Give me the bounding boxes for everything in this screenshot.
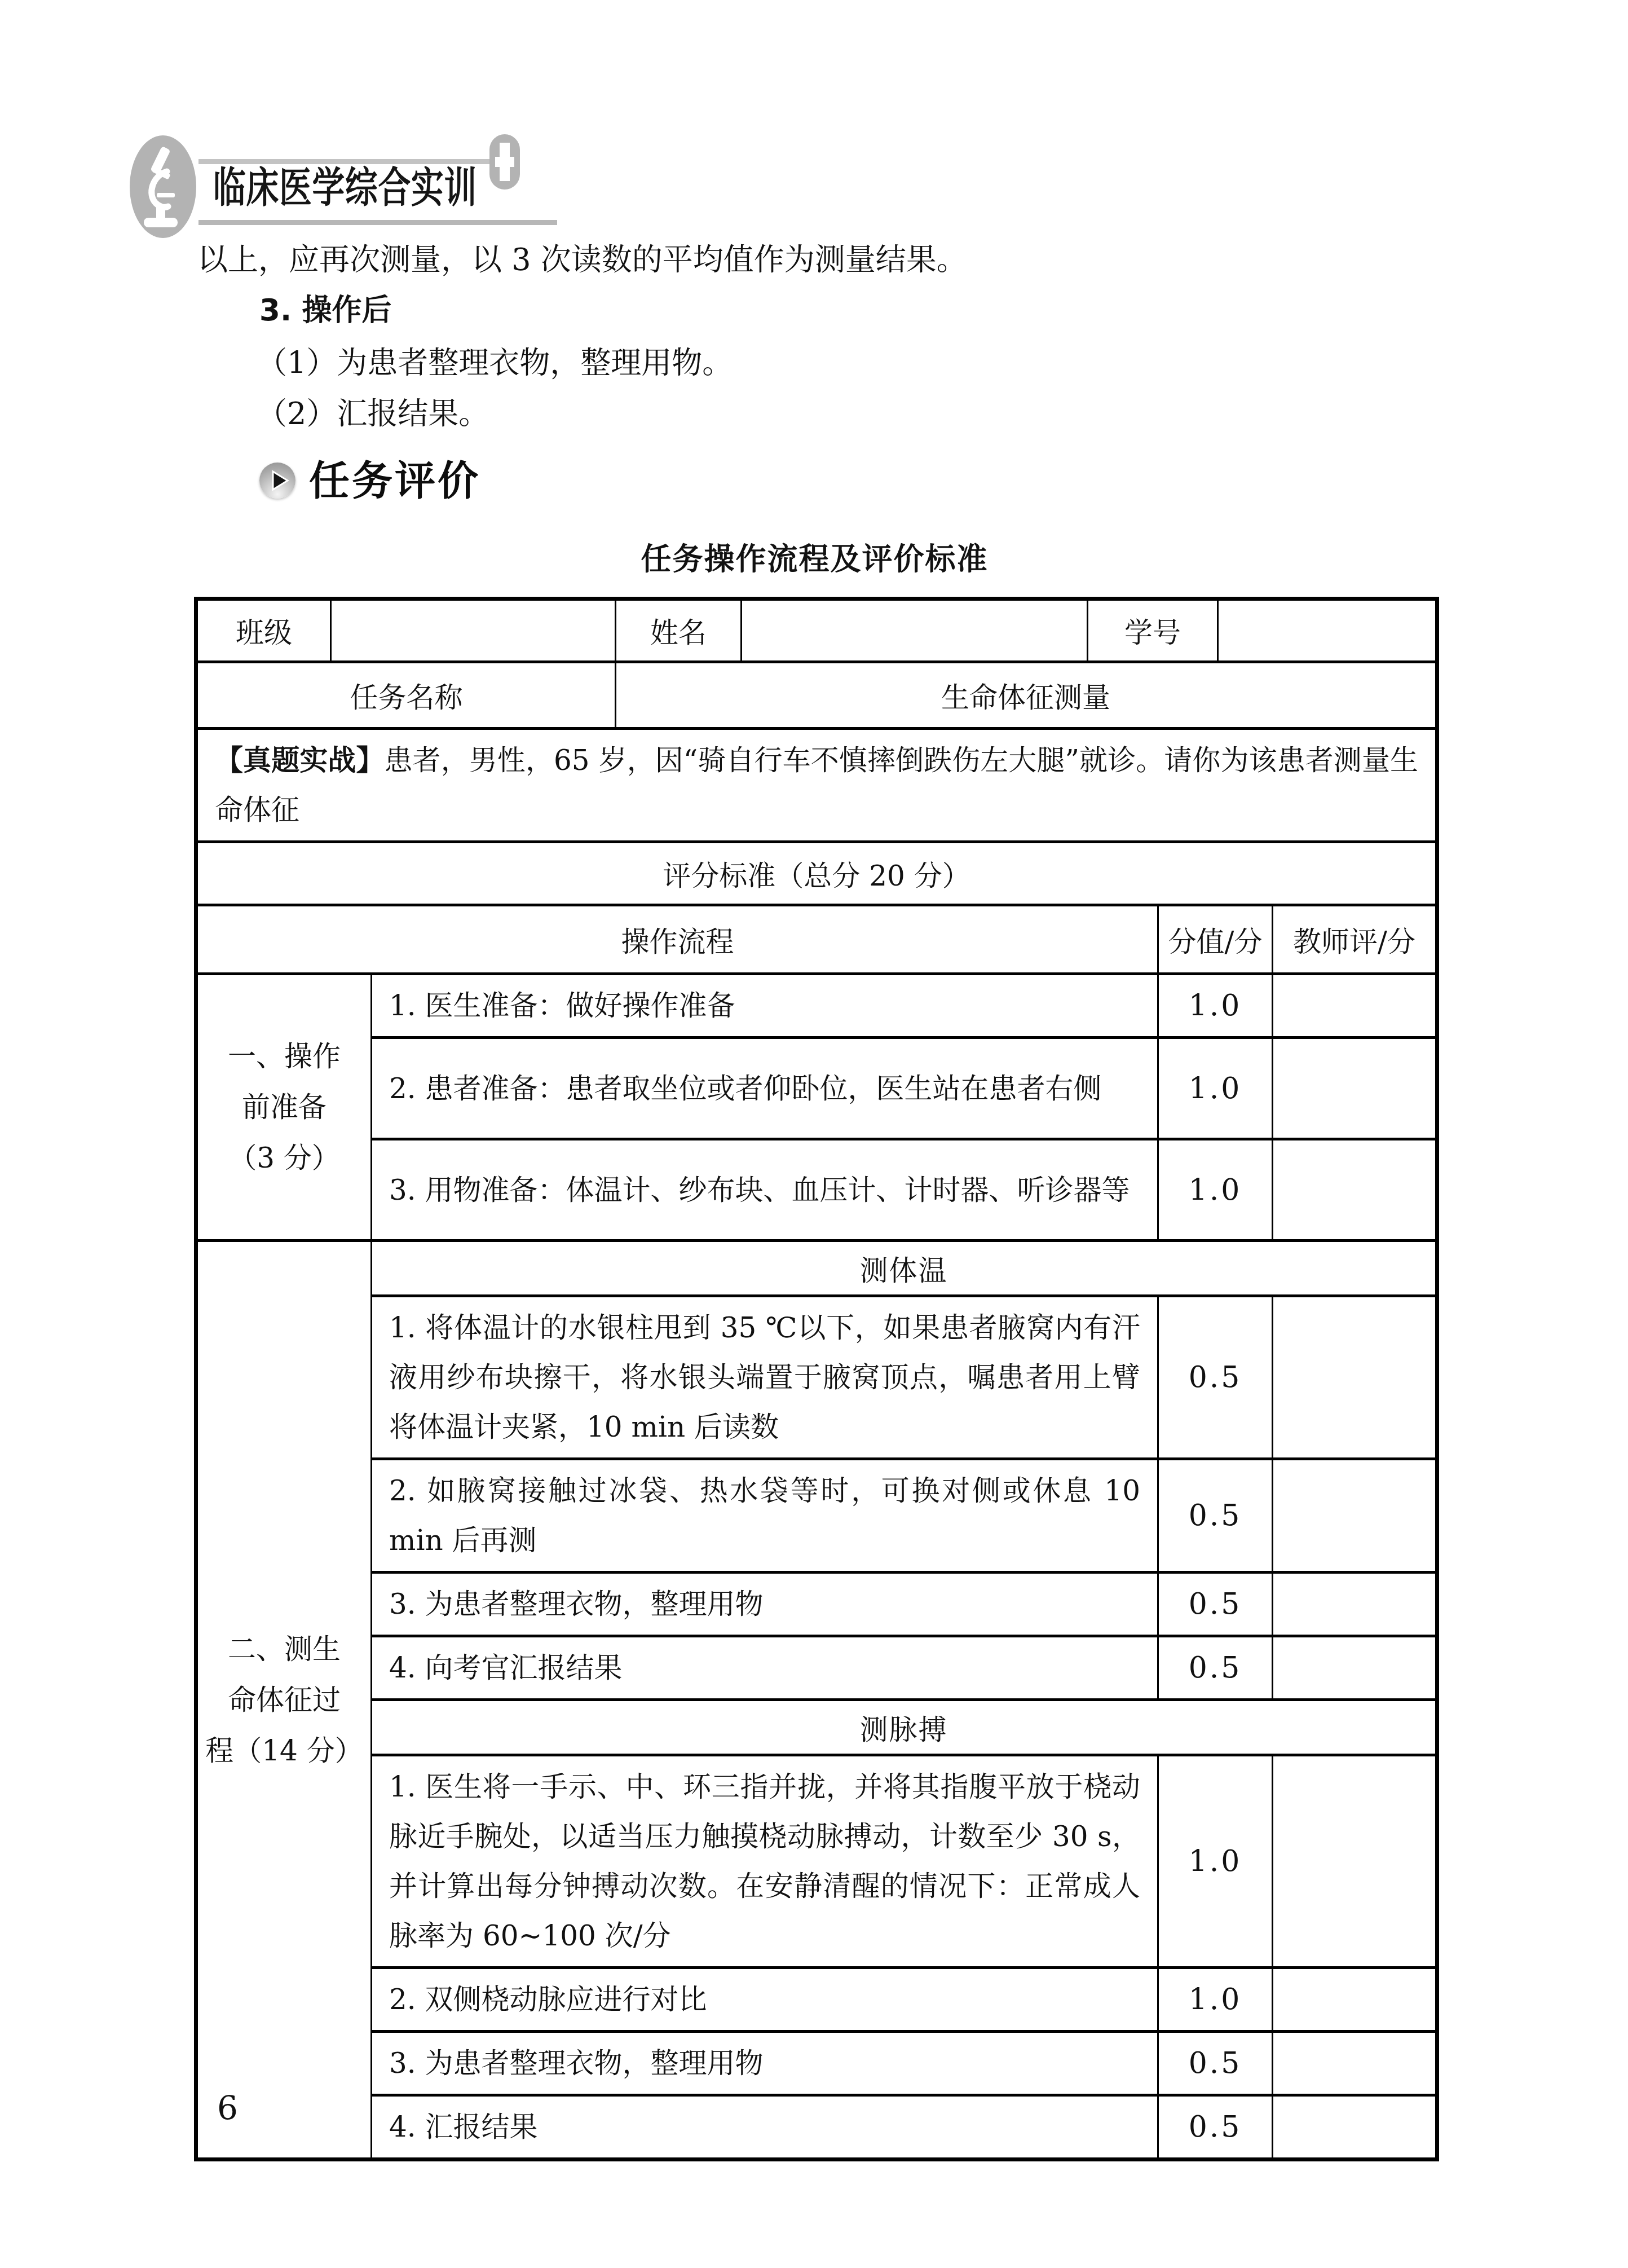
microscope-icon [130,135,196,238]
section-heading-task-evaluation: 任务评价 [309,458,480,503]
column-header-teacher: 教师评/分 [1273,905,1437,974]
criteria-title-cell: 评分标准（总分 20 分） [196,842,1437,905]
table-row: 一、操作 前准备 （3 分） 1. 医生准备：做好操作准备 1.0 [196,974,1437,1038]
student-id-value-cell [1218,599,1437,662]
process-step-cell: 3. 为患者整理衣物，整理用物 [372,2032,1158,2095]
teacher-score-cell [1273,1296,1437,1459]
score-cell: 0.5 [1158,1459,1273,1573]
table-title: 任务操作流程及评价标准 [194,543,1435,576]
process-step-cell: 3. 用物准备：体温计、纱布块、血压计、计时器、听诊器等 [372,1139,1158,1241]
evaluation-table: 班级 姓名 学号 任务名称 生命体征测量 【真题实战】患者，男性，65 岁，因“… [194,597,1439,2161]
section2-label: 二、测生 命体征过 程（14 分） [196,1241,372,2160]
case-scenario-cell: 【真题实战】患者，男性，65 岁，因“骑自行车不慎摔倒跌伤左大腿”就诊。请你为该… [196,729,1437,842]
name-value-cell [742,599,1088,662]
teacher-score-cell [1273,1968,1437,2032]
score-cell: 0.5 [1158,1573,1273,1636]
table-header-row: 操作流程 分值/分 教师评/分 [196,905,1437,974]
table-row: 【真题实战】患者，男性，65 岁，因“骑自行车不慎摔倒跌伤左大腿”就诊。请你为该… [196,729,1437,842]
table-row: 班级 姓名 学号 [196,599,1437,662]
process-step-cell: 2. 如腋窝接触过冰袋、热水袋等时，可换对侧或休息 10 min 后再测 [372,1459,1158,1573]
process-step-cell: 1. 医生准备：做好操作准备 [372,974,1158,1038]
subsection-header-pulse: 测脉搏 [372,1700,1437,1755]
teacher-score-cell [1273,974,1437,1038]
page-number: 6 [217,2090,238,2126]
header-rule-bottom [198,220,557,225]
process-step-cell: 4. 汇报结果 [372,2095,1158,2160]
subsection-header-temperature: 测体温 [372,1241,1437,1296]
table-row: 3. 为患者整理衣物，整理用物 0.5 [196,1573,1437,1636]
process-step-cell: 2. 双侧桡动脉应进行对比 [372,1968,1158,2032]
process-step-cell: 1. 将体温计的水银柱甩到 35 ℃以下，如果患者腋窝内有汗液用纱布块擦干，将水… [372,1296,1158,1459]
textbook-page: 临床医学综合实训 以上，应再次测量，以 3 次读数的平均值作为测量结果。 3. … [0,0,1628,2268]
task-name-label: 任务名称 [196,662,616,729]
teacher-score-cell [1273,1755,1437,1968]
section1-label: 一、操作 前准备 （3 分） [196,974,372,1241]
score-cell: 1.0 [1158,1139,1273,1241]
score-cell: 1.0 [1158,974,1273,1038]
case-scenario-label: 【真题实战】 [215,743,384,777]
teacher-score-cell [1273,1459,1437,1573]
process-step-cell: 2. 患者准备：患者取坐位或者仰卧位，医生站在患者右侧 [372,1038,1158,1139]
score-cell: 1.0 [1158,1968,1273,2032]
student-id-label: 学号 [1088,599,1218,662]
table-row: 2. 如腋窝接触过冰袋、热水袋等时，可换对侧或休息 10 min 后再测 0.5 [196,1459,1437,1573]
table-row: 4. 向考官汇报结果 0.5 [196,1636,1437,1700]
score-cell: 0.5 [1158,2095,1273,2160]
teacher-score-cell [1273,1038,1437,1139]
table-row: 2. 患者准备：患者取坐位或者仰卧位，医生站在患者右侧 1.0 [196,1038,1437,1139]
teacher-score-cell [1273,2032,1437,2095]
table-row: 评分标准（总分 20 分） [196,842,1437,905]
class-label: 班级 [196,599,331,662]
teacher-score-cell [1273,1636,1437,1700]
process-step-cell: 1. 医生将一手示、中、环三指并拢，并将其指腹平放于桡动脉近手腕处，以适当压力触… [372,1755,1158,1968]
table-row: 2. 双侧桡动脉应进行对比 1.0 [196,1968,1437,2032]
score-cell: 0.5 [1158,1296,1273,1459]
table-row: 1. 医生将一手示、中、环三指并拢，并将其指腹平放于桡动脉近手腕处，以适当压力触… [196,1755,1437,1968]
step-3-item-1: （1）为患者整理衣物，整理用物。 [257,346,733,381]
score-cell: 1.0 [1158,1038,1273,1139]
table-row: 3. 为患者整理衣物，整理用物 0.5 [196,2032,1437,2095]
process-step-cell: 4. 向考官汇报结果 [372,1636,1158,1700]
step-3-heading: 3. 操作后 [259,294,391,328]
table-row: 3. 用物准备：体温计、纱布块、血压计、计时器、听诊器等 1.0 [196,1139,1437,1241]
score-cell: 0.5 [1158,1636,1273,1700]
case-scenario-text: 患者，男性，65 岁，因“骑自行车不慎摔倒跌伤左大腿”就诊。请你为该患者测量生命… [215,744,1418,826]
table-row: 任务名称 生命体征测量 [196,662,1437,729]
table-row: 1. 将体温计的水银柱甩到 35 ℃以下，如果患者腋窝内有汗液用纱布块擦干，将水… [196,1296,1437,1459]
table-row: 4. 汇报结果 0.5 [196,2095,1437,2160]
score-cell: 0.5 [1158,2032,1273,2095]
play-bullet-icon [259,463,295,499]
process-step-cell: 3. 为患者整理衣物，整理用物 [372,1573,1158,1636]
class-value-cell [331,599,616,662]
column-header-score: 分值/分 [1158,905,1273,974]
name-label: 姓名 [616,599,742,662]
score-cell: 1.0 [1158,1755,1273,1968]
teacher-score-cell [1273,1139,1437,1241]
task-name-value: 生命体征测量 [616,662,1437,729]
table-row: 测脉搏 [196,1700,1437,1755]
medical-cross-icon [489,134,520,190]
teacher-score-cell [1273,2095,1437,2160]
table-row: 二、测生 命体征过 程（14 分） 测体温 [196,1241,1437,1296]
teacher-score-cell [1273,1573,1437,1636]
book-title: 临床医学综合实训 [213,165,477,210]
column-header-process: 操作流程 [196,905,1158,974]
paragraph-measurement-note: 以上，应再次测量，以 3 次读数的平均值作为测量结果。 [197,243,967,278]
step-3-item-2: （2）汇报结果。 [257,397,489,431]
